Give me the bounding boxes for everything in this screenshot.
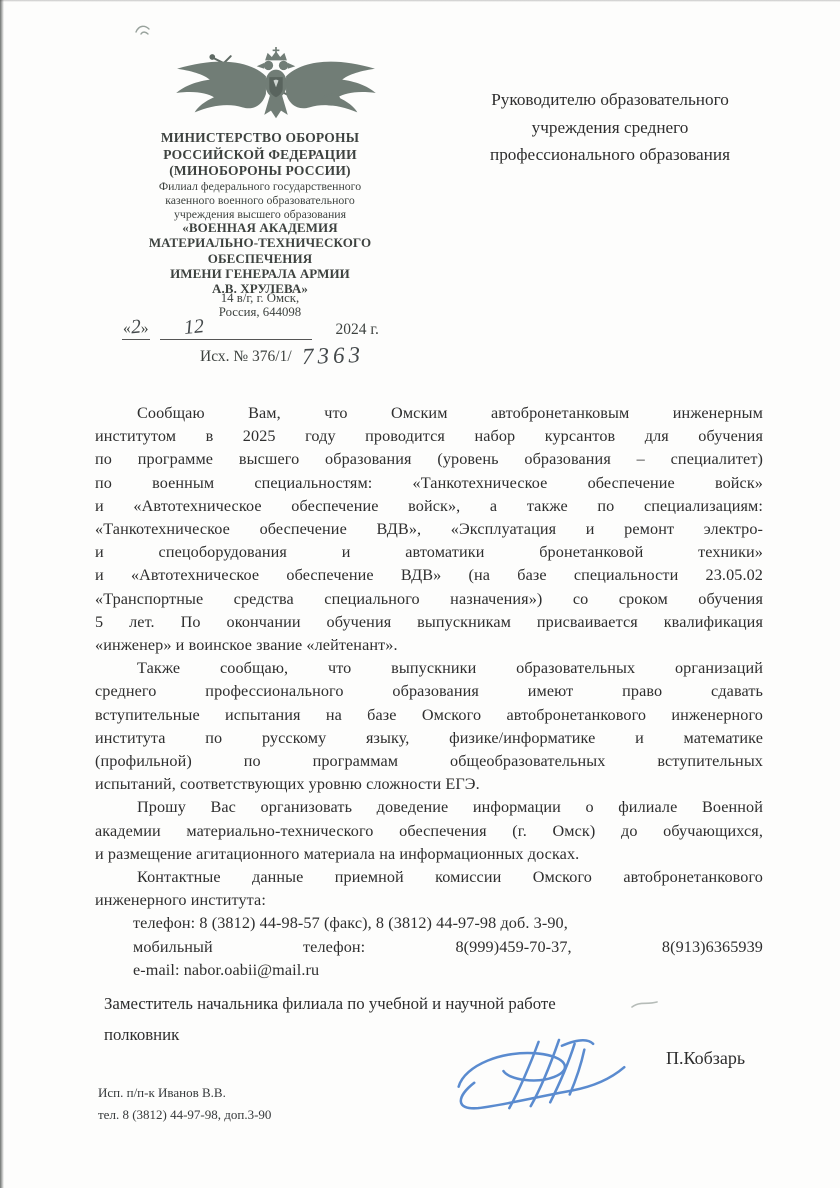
ministry-line: (МИНОБОРОНЫ РОССИИ) — [110, 163, 410, 180]
body-line: 5 лет. По окончании обучения выпускникам… — [95, 611, 763, 634]
body-line: «Танкотехническое обеспечение ВДВ», «Экс… — [95, 518, 763, 541]
executor-name-line: Исп. п/п-к Иванов В.В. — [98, 1082, 271, 1104]
body-line: и «Автотехническое обеспечение ВДВ» (на … — [95, 564, 763, 587]
scan-smudge-artifact — [132, 22, 154, 43]
ref-label: Исх. № 376/1/ — [200, 348, 292, 366]
academy-name: «ВОЕННАЯ АКАДЕМИЯМАТЕРИАЛЬНО-ТЕХНИЧЕСКОГ… — [110, 220, 410, 296]
ministry-line: МИНИСТЕРСТВО ОБОРОНЫ — [110, 130, 410, 147]
scan-edge-artifact — [0, 0, 4, 1188]
body-line: e-mail: nabor.oabii@mail.ru — [95, 959, 763, 982]
body-line: и спецоборудования и автоматики бронетан… — [95, 541, 763, 564]
handwritten-month: 12 — [183, 317, 204, 337]
outgoing-ref: Исх. № 376/1/ 7363 — [200, 346, 364, 366]
signature-scribble-icon — [445, 1036, 635, 1119]
body-line: телефон: 8 (3812) 44-98-57 (факс), 8 (38… — [95, 912, 763, 935]
body-line: Прошу Вас организовать доведение информа… — [95, 796, 763, 819]
date-day: «2» — [122, 318, 150, 340]
executor-info: Исп. п/п-к Иванов В.В. тел. 8 (3812) 44-… — [98, 1082, 271, 1126]
scanned-letter-page: МИНИСТЕРСТВО ОБОРОНЫРОССИЙСКОЙ ФЕДЕРАЦИИ… — [0, 0, 840, 1188]
date-year: 2024 г. — [336, 321, 379, 340]
branch-line: Филиал федерального государственного — [110, 179, 410, 193]
address-line: 14 в/г, г. Омск, — [110, 291, 410, 305]
signoff-name: П.Кобзарь — [666, 1048, 745, 1069]
pencil-mark-artifact — [630, 998, 660, 1016]
mod-eagle-emblem-icon — [167, 46, 385, 125]
body-line: инженерного института: — [95, 889, 763, 912]
date-line: «2» 12 2024 г. — [122, 318, 467, 340]
ministry-line: РОССИЙСКОЙ ФЕДЕРАЦИИ — [110, 147, 410, 164]
branch-description: Филиал федерального государственногоказе… — [110, 179, 410, 221]
body-line: по военным специальностям: «Танкотехниче… — [95, 472, 763, 495]
body-line: институтом в 2025 году проводится набор … — [95, 425, 763, 448]
recipient-block: Руководителю образовательногоучреждения … — [430, 86, 790, 169]
signoff-position: Заместитель начальника филиала по учебно… — [104, 988, 664, 1019]
body-line: института по русскому языку, физике/инфо… — [95, 727, 763, 750]
recipient-line: Руководителю образовательного — [430, 86, 790, 114]
body-line: Контактные данные приемной комиссии Омск… — [95, 866, 763, 889]
body-line: по программе высшего образования (уровен… — [95, 448, 763, 471]
executor-phone-line: тел. 8 (3812) 44-97-98, доп.3-90 — [98, 1104, 271, 1126]
recipient-line: профессионального образования — [430, 141, 790, 169]
branch-line: казенного военного образовательного — [110, 193, 410, 207]
academy-line: ОБЕСПЕЧЕНИЯ — [110, 251, 410, 266]
body-line: (профильной) по программам общеобразоват… — [95, 750, 763, 773]
body-line: и «Автотехническое обеспечение войск», а… — [95, 495, 763, 518]
body-line: Также сообщаю, что выпускники образовате… — [95, 657, 763, 680]
letter-body: Сообщаю Вам, что Омским автобронетанковы… — [95, 402, 763, 982]
body-line: Сообщаю Вам, что Омским автобронетанковы… — [95, 402, 763, 425]
handwritten-ref-number: 7363 — [301, 345, 364, 367]
body-line: испытаний, соответствующих уровню сложно… — [95, 773, 763, 796]
academy-address: 14 в/г, г. Омск,Россия, 644098 — [110, 291, 410, 319]
address-line: Россия, 644098 — [110, 305, 410, 319]
recipient-line: учреждения среднего — [430, 114, 790, 142]
academy-line: «ВОЕННАЯ АКАДЕМИЯ — [110, 220, 410, 235]
academy-line: ИМЕНИ ГЕНЕРАЛА АРМИИ — [110, 266, 410, 281]
scan-edge-artifact — [0, 0, 840, 2]
body-line: и размещение агитационного материала на … — [95, 843, 763, 866]
body-line: «Транспортные средства специального назн… — [95, 588, 763, 611]
body-line: академии материально-технического обеспе… — [95, 820, 763, 843]
branch-line: учреждения высшего образования — [110, 207, 410, 221]
date-month-blank: 12 — [160, 318, 312, 340]
body-line: мобильный телефон: 8(999)459-70-37, 8(91… — [95, 936, 763, 959]
body-line: вступительные испытания на базе Омского … — [95, 704, 763, 727]
academy-line: МАТЕРИАЛЬНО-ТЕХНИЧЕСКОГО — [110, 235, 410, 250]
body-line: «инженер» и воинское звание «лейтенант». — [95, 634, 763, 657]
ministry-name: МИНИСТЕРСТВО ОБОРОНЫРОССИЙСКОЙ ФЕДЕРАЦИИ… — [110, 130, 410, 180]
handwritten-day: 2 — [130, 318, 142, 337]
body-line: среднего профессионального образования и… — [95, 680, 763, 703]
